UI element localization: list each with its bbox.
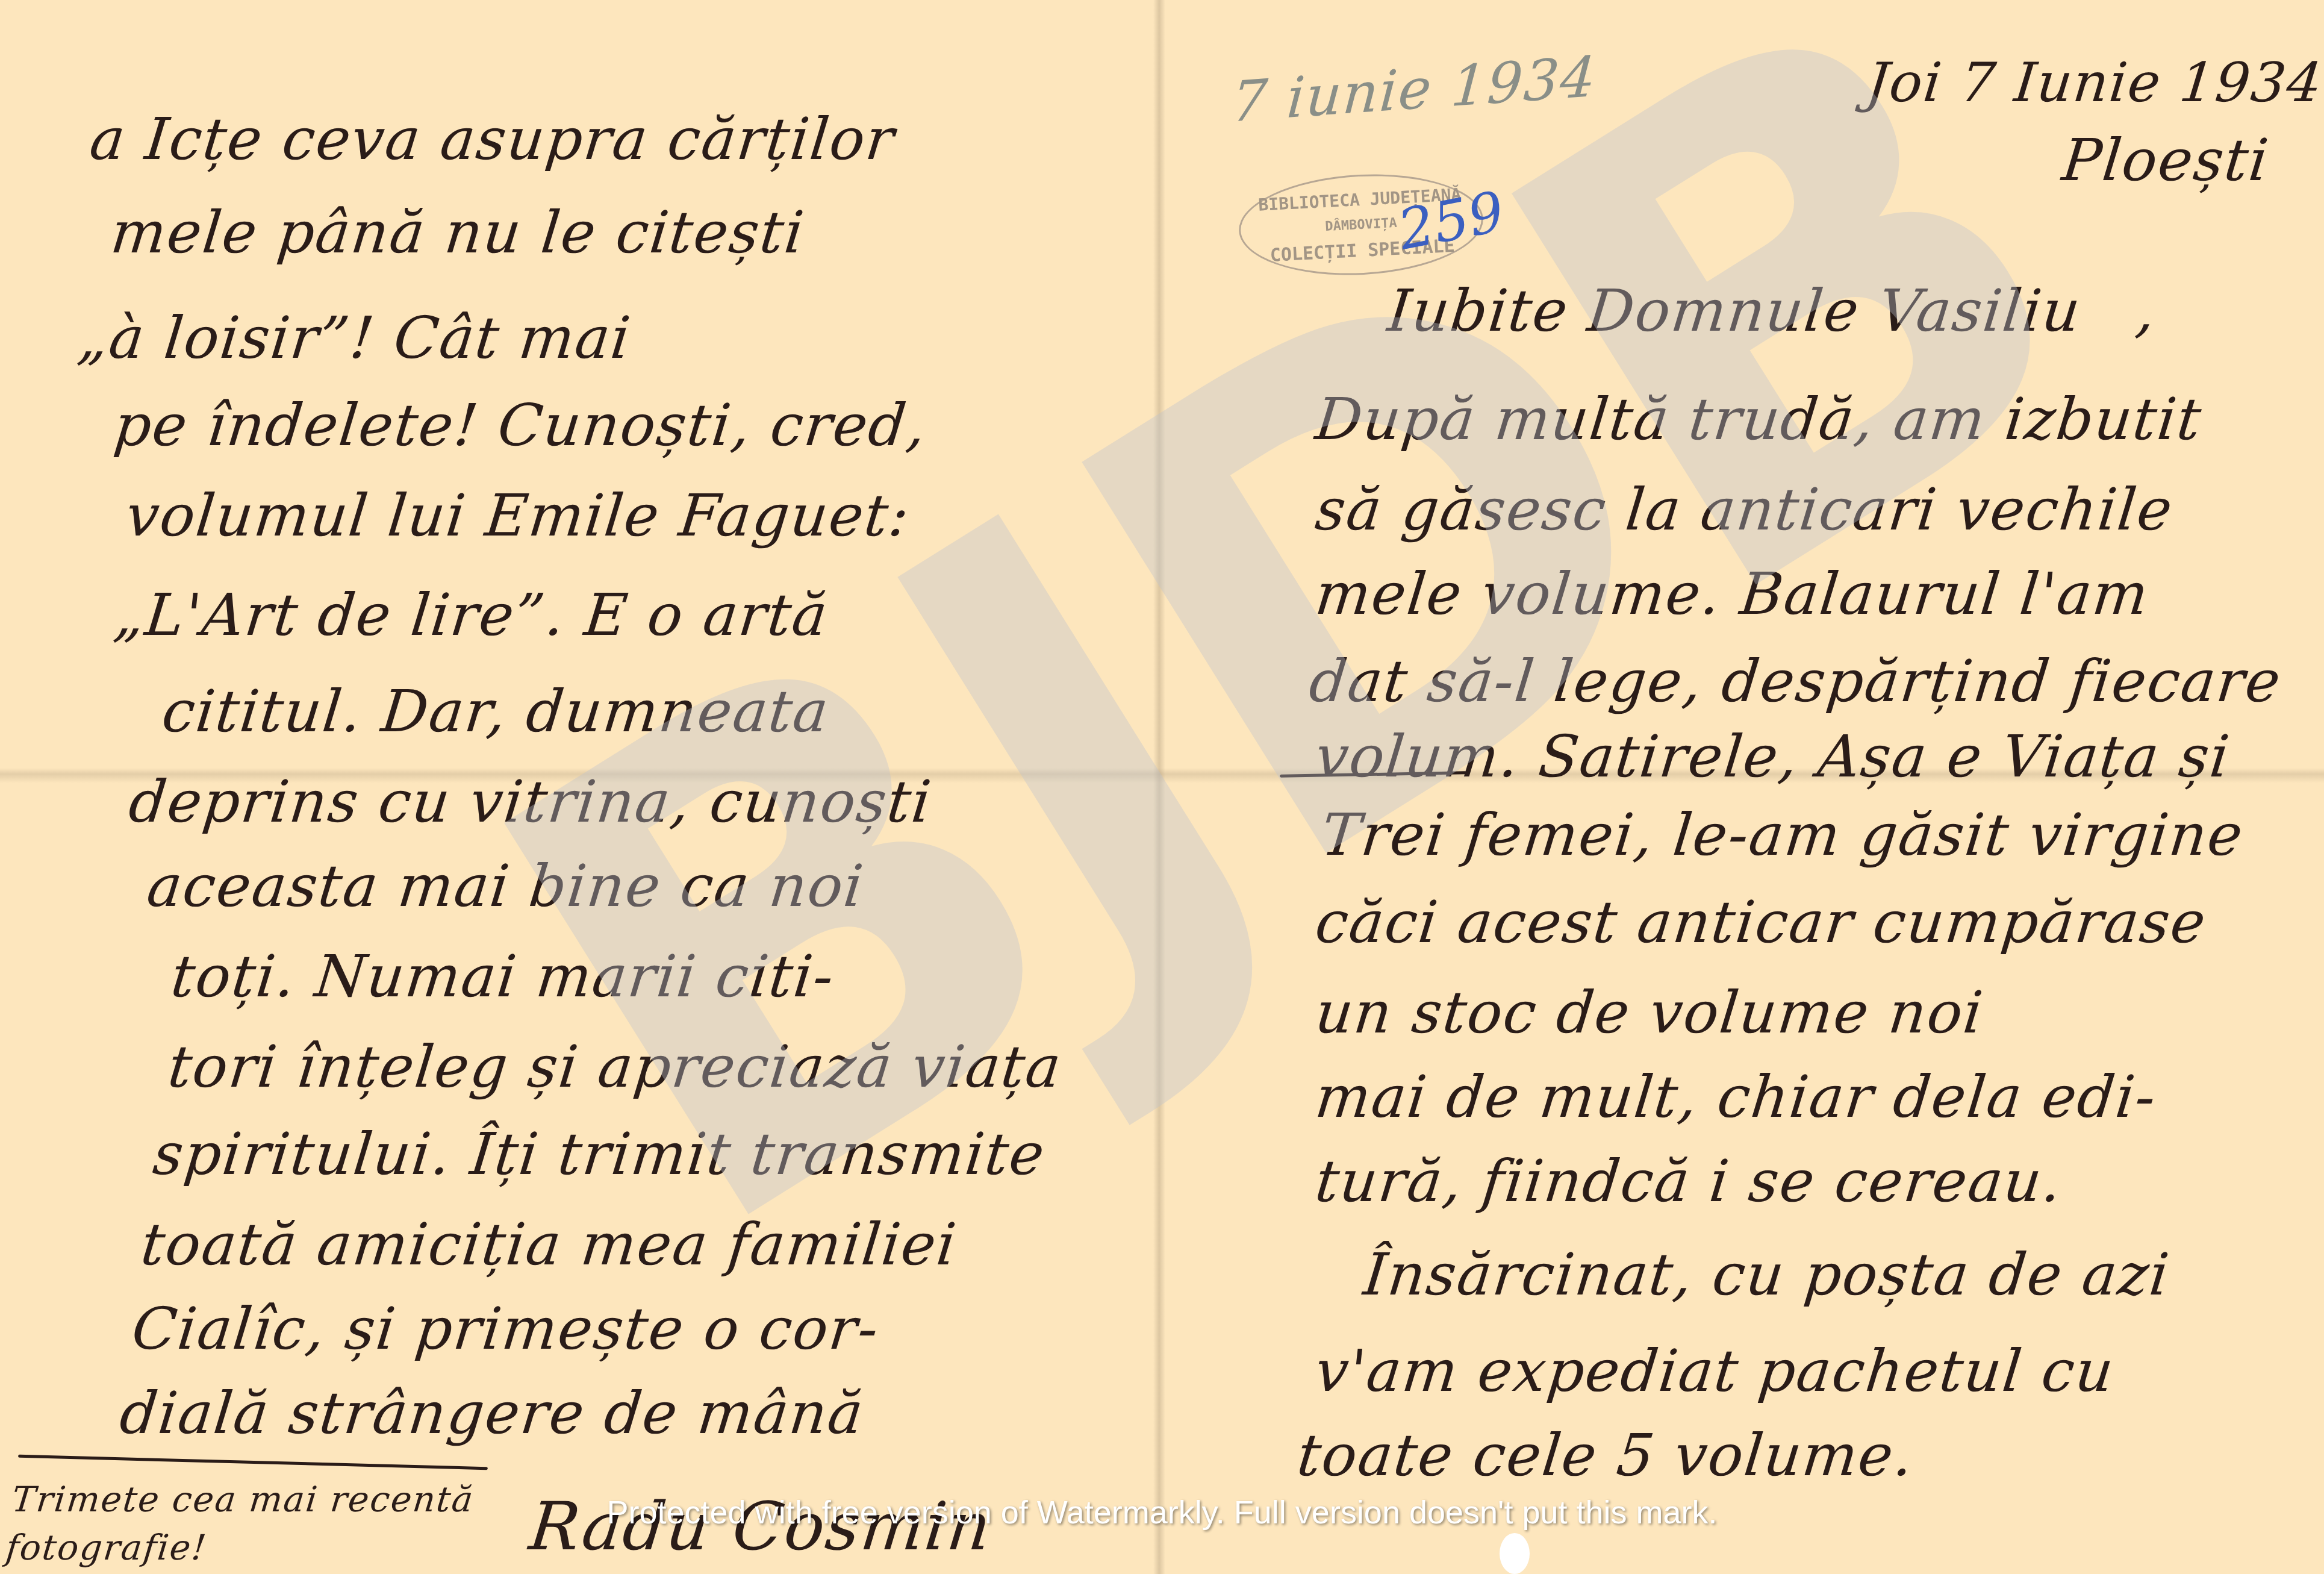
left-line-8: deprins cu vitrina, cunoști bbox=[126, 768, 935, 835]
right-line-5: volum. Satirele, Așa e Viața și bbox=[1312, 723, 2233, 790]
left-line-12: spiritului. Îți trimit transmite bbox=[150, 1120, 1048, 1188]
left-line-13: toată amiciția mea familiei bbox=[138, 1211, 960, 1278]
salutation: Iubite Domnule Vasiliu , bbox=[1385, 277, 2160, 345]
right-line-9: mai de mult, chiar dela edi- bbox=[1312, 1063, 2160, 1131]
right-line-2: să găsesc la anticari vechile bbox=[1312, 476, 2176, 543]
left-line-6: „L'Art de lire”. E o artă bbox=[111, 581, 832, 649]
right-line-12: v'am expediat pachetul cu bbox=[1312, 1337, 2117, 1405]
right-line-10: tură, fiindcă i se cereau. bbox=[1312, 1148, 2066, 1215]
left-line-2: mele până nu le citești bbox=[108, 199, 808, 266]
left-line-7: cititul. Dar, dumneata bbox=[159, 678, 832, 745]
right-line-7: căci acest anticar cumpărase bbox=[1312, 888, 2210, 956]
right-line-1: După multă trudă, am izbutit bbox=[1312, 386, 2205, 453]
salutation-comma: , bbox=[2133, 277, 2160, 345]
right-line-13: toate cele 5 volume. bbox=[1294, 1422, 1917, 1489]
right-line-8: un stoc de volume noi bbox=[1312, 979, 1987, 1046]
date-line: Joi 7 Iunie 1934 bbox=[1863, 51, 2324, 114]
left-line-15: dială strângere de mână bbox=[117, 1379, 867, 1447]
left-line-9: aceasta mai bine ca noi bbox=[144, 852, 867, 920]
right-line-6: Trei femei, le-am găsit virgine bbox=[1318, 801, 2247, 869]
punch-hole bbox=[1500, 1533, 1530, 1574]
postscript-divider bbox=[18, 1455, 488, 1470]
left-line-4: pe îndelete! Cunoști, cred, bbox=[111, 392, 930, 459]
left-line-10: toți. Numai marii citi- bbox=[168, 943, 838, 1010]
left-line-3: „à loisir”! Cât mai bbox=[75, 304, 634, 372]
salutation-text: Iubite Domnule Vasiliu bbox=[1385, 277, 2084, 345]
archival-date-pencil: 7 iunie 1934 bbox=[1230, 44, 1599, 134]
right-line-4: dat să-l lege, despărțind fiecare bbox=[1306, 648, 2284, 715]
left-line-5: volumul lui Emile Faguet: bbox=[123, 482, 913, 549]
left-line-11: tori înțeleg și apreciază viața bbox=[165, 1033, 1065, 1101]
right-line-11: Însărcinat, cu poșta de azi bbox=[1360, 1241, 2173, 1308]
left-page: a Icțe ceva asupra cărților mele până nu… bbox=[0, 0, 1159, 1574]
watermarkly-footer: Protected with free version of Watermark… bbox=[0, 1494, 2324, 1531]
left-line-14: Cialîc, și primește o cor- bbox=[129, 1295, 882, 1363]
letter-scan: a Icțe ceva asupra cărților mele până nu… bbox=[0, 0, 2324, 1574]
postscript-line-2: fotografie! bbox=[4, 1527, 209, 1568]
left-line-1: a Icțe ceva asupra cărților bbox=[87, 105, 899, 173]
right-line-3: mele volume. Balaurul l'am bbox=[1312, 560, 2152, 628]
place: Ploești bbox=[2059, 126, 2272, 194]
